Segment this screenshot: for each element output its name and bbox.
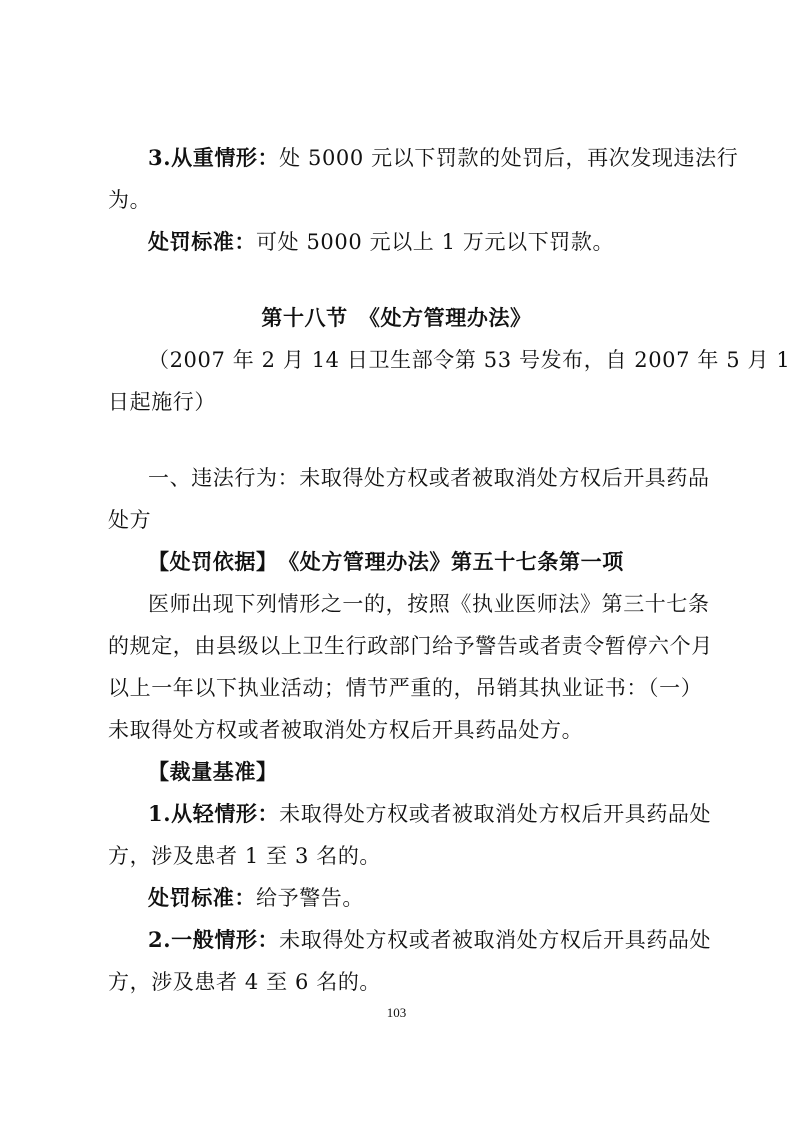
text-line: 1.从轻情形：未取得处方权或者被取消处方权后开具药品处 <box>148 800 728 828</box>
line-text: 给予警告。 <box>256 886 364 910</box>
text-line: 一、违法行为：未取得处方权或者被取消处方权后开具药品 <box>148 464 728 492</box>
line-text: 可处 5000 元以上 1 万元以下罚款。 <box>256 230 614 254</box>
line-text: 未取得处方权或者被取消处方权后开具药品处方。 <box>108 718 583 742</box>
text-line: （2007 年 2 月 14 日卫生部令第 53 号发布，自 2007 年 5 … <box>148 346 728 374</box>
line-text: 的规定，由县级以上卫生行政部门给予警告或者责令暂停六个月 <box>108 634 713 658</box>
text-line: 处罚标准：可处 5000 元以上 1 万元以下罚款。 <box>148 228 728 256</box>
page-number: 103 <box>0 1005 793 1021</box>
bold-label: 处罚标准： <box>148 885 256 910</box>
text-line: 的规定，由县级以上卫生行政部门给予警告或者责令暂停六个月 <box>108 632 688 660</box>
line-text: 以上一年以下执业活动；情节严重的，吊销其执业证书：（一） <box>108 676 702 700</box>
discretion-heading: 【裁量基准】 <box>148 758 728 786</box>
text-line: 方，涉及患者 4 至 6 名的。 <box>108 968 688 996</box>
line-text: 处方 <box>108 508 151 532</box>
bold-label: 1.从轻情形： <box>148 801 279 826</box>
text-line: 医师出现下列情形之一的，按照《执业医师法》第三十七条 <box>148 590 728 618</box>
line-text: 一、违法行为：未取得处方权或者被取消处方权后开具药品 <box>148 466 710 490</box>
line-text: 未取得处方权或者被取消处方权后开具药品处 <box>279 802 711 826</box>
text-line: 未取得处方权或者被取消处方权后开具药品处方。 <box>108 716 688 744</box>
bold-label: 2.一般情形： <box>148 927 279 952</box>
bold-label: 处罚标准： <box>148 229 256 254</box>
line-text: 为。 <box>108 188 151 212</box>
text-line: 以上一年以下执业活动；情节严重的，吊销其执业证书：（一） <box>108 674 688 702</box>
text-line: 3.从重情形：处 5000 元以下罚款的处罚后，再次发现违法行 <box>148 144 728 172</box>
line-text: 医师出现下列情形之一的，按照《执业医师法》第三十七条 <box>148 592 710 616</box>
line-text: 日起施行） <box>108 390 216 414</box>
text-line: 处罚标准：给予警告。 <box>148 884 728 912</box>
text-line: 日起施行） <box>108 388 688 416</box>
bold-label: 3.从重情形： <box>148 145 279 170</box>
section-title: 第十八节 《处方管理办法》 <box>0 304 793 332</box>
line-text: 方，涉及患者 1 至 3 名的。 <box>108 844 381 868</box>
text-line: 处方 <box>108 506 688 534</box>
text-line: 为。 <box>108 186 688 214</box>
text-line: 2.一般情形：未取得处方权或者被取消处方权后开具药品处 <box>148 926 728 954</box>
text-line: 方，涉及患者 1 至 3 名的。 <box>108 842 688 870</box>
line-text: 处 5000 元以下罚款的处罚后，再次发现违法行 <box>279 146 738 170</box>
line-text: 方，涉及患者 4 至 6 名的。 <box>108 970 381 994</box>
penalty-basis-heading: 【处罚依据】 《处方管理办法》第五十七条第一项 <box>148 548 728 576</box>
line-text: 未取得处方权或者被取消处方权后开具药品处 <box>279 928 711 952</box>
line-text: （2007 年 2 月 14 日卫生部令第 53 号发布，自 2007 年 5 … <box>148 348 790 372</box>
